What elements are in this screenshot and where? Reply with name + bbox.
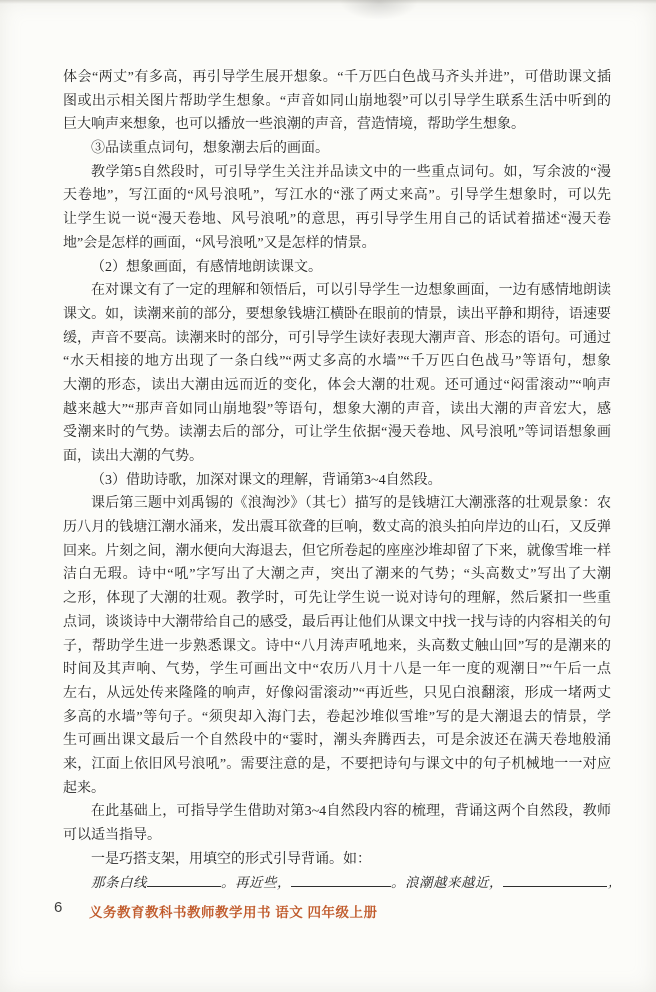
text-line: 回来。片刻之间，潮水便向大海退去，但它所卷起的座座沙堆却留了下来，就像雪堆一样 xyxy=(63,540,611,564)
text-line-list-item-3: ③品读重点词句，想象潮去后的画面。 xyxy=(63,137,611,161)
text-block: 体会“两丈”有多高，再引导学生展开想象。“千万匹白色战马齐头并进”，可借助课文插… xyxy=(63,66,611,895)
scan-top-edge-shade xyxy=(0,0,656,4)
text-line: 子，帮助学生进一步熟悉课文。诗中“八月涛声吼地来，头高数丈触山回”写的是潮来的 xyxy=(63,635,611,659)
text-line: 起来。 xyxy=(63,777,611,801)
page-footer: 6 义务教育教科书教师教学用书 语文 四年级上册 xyxy=(0,898,656,920)
scanned-book-page: 体会“两丈”有多高，再引导学生展开想象。“千万匹白色战马齐头并进”，可借助课文插… xyxy=(0,0,656,992)
text-line: 洁白无瑕。诗中“吼”字写出了大潮之声，突出了潮来的气势；“头高数丈”写出了大潮 xyxy=(63,563,611,587)
paper-smudge xyxy=(340,0,418,20)
fill-segment: 。浪潮越来越近， xyxy=(391,875,503,890)
fill-segment: ； xyxy=(607,875,611,890)
blank-underline xyxy=(291,883,391,887)
text-line: 面，读出大潮的气势。 xyxy=(63,445,611,469)
text-line: 时间及其声响、气势，学生可画出文中“农历八月十八是一年一度的观潮日”“午后一点 xyxy=(63,658,611,682)
text-line: 课后第三题中刘禹锡的《浪淘沙》（其七）描写的是钱塘江大潮涨落的壮观景象：农 xyxy=(63,492,611,516)
text-line: 巨大响声来想象，也可以播放一些浪潮的声音，营造情境，帮助学生想象。 xyxy=(63,113,611,137)
fill-segment: 。再近些， xyxy=(221,875,291,890)
blank-underline xyxy=(147,883,221,887)
text-line: 教学第5自然段时，可引导学生关注并品读文中的一些重点词句。如，写余波的“漫 xyxy=(63,161,611,185)
text-line-heading-3: （3）借助诗歌，加深对课文的理解，背诵第3~4自然段。 xyxy=(63,469,611,493)
text-line: 图或出示相关图片帮助学生想象。“声音如同山崩地裂”可以引导学生联系生活中听到的 xyxy=(63,90,611,114)
text-line: 让学生说一说“漫天卷地、风号浪吼”的意思，再引导学生用自己的话试着描述“漫天卷 xyxy=(63,208,611,232)
text-line: 左右，从远处传来隆隆的响声，好像闷雷滚动”“再近些，只见白浪翻滚，形成一堵两丈 xyxy=(63,682,611,706)
text-line: 缓，声音不要高。读潮来时的部分，可引导学生读好表现大潮声音、形态的语句。可通过 xyxy=(63,327,611,351)
text-line-heading-2: （2）想象画面，有感情地朗读课文。 xyxy=(63,256,611,280)
text-line: 历八月的钱塘江潮水涌来，发出震耳欲聋的巨响，数丈高的浪头拍向岸边的山石，又反弹 xyxy=(63,516,611,540)
fill-segment: 那条白线 xyxy=(91,875,147,890)
fill-in-blank-line: 那条白线。再近些，。浪潮越来越近，； xyxy=(63,871,611,895)
text-line: 天卷地”，写江面的“风号浪吼”，写江水的“涨了两丈来高”。引导学生想象时，可以先 xyxy=(63,184,611,208)
text-line: 在此基础上，可指导学生借助对第3~4自然段内容的梳理，背诵这两个自然段，教师 xyxy=(63,800,611,824)
text-line: 多高的水墙”等句子。“须臾却入海门去，卷起沙堆似雪堆”写的是大潮退去的情景，学 xyxy=(63,706,611,730)
text-line: 地”会是怎样的画面，“风号浪吼”又是怎样的情景。 xyxy=(63,232,611,256)
text-line: 点词，谈谈诗中大潮带给自己的感受，最后再让他们从课文中找一找与诗的内容相关的句 xyxy=(63,611,611,635)
text-line: 大潮的形态，读出大潮由远而近的变化，体会大潮的壮观。还可通过“闷雷滚动”“响声 xyxy=(63,374,611,398)
text-line: 一是巧搭支架，用填空的形式引导背诵。如： xyxy=(63,848,611,872)
text-line: 来，江面上依旧风号浪吼”。需要注意的是，不要把诗句与课文中的句子机械地一一对应 xyxy=(63,753,611,777)
text-line: 生可画出课文最后一个自然段中的“霎时，潮头奔腾西去，可是余波还在满天卷地般涌 xyxy=(63,729,611,753)
blank-underline xyxy=(503,883,607,887)
text-line: 越来越大”“那声音如同山崩地裂”等语句，想象大潮的声音，读出大潮的声音宏大，感 xyxy=(63,398,611,422)
text-line: 可以适当指导。 xyxy=(63,824,611,848)
text-line: 之形，体现了大潮的壮观。教学时，可先让学生说一说对诗句的理解，然后紧扣一些重 xyxy=(63,587,611,611)
text-line: 受潮来时的气势。读潮去后的部分，可让学生依据“漫天卷地、风号浪吼”等词语想象画 xyxy=(63,421,611,445)
text-line: 课文。如，读潮来前的部分，要想象钱塘江横卧在眼前的情景，读出平静和期待，语速要 xyxy=(63,303,611,327)
text-line: 体会“两丈”有多高，再引导学生展开想象。“千万匹白色战马齐头并进”，可借助课文插 xyxy=(63,66,611,90)
text-line: 在对课文有了一定的理解和领悟后，可以引导学生一边想象画面，一边有感情地朗读 xyxy=(63,279,611,303)
page-number: 6 xyxy=(54,899,62,916)
footer-book-title: 义务教育教科书教师教学用书 语文 四年级上册 xyxy=(89,901,378,921)
text-line: “水天相接的地方出现了一条白线”“两丈多高的水墙”“千万匹白色战马”等语句，想象 xyxy=(63,350,611,374)
